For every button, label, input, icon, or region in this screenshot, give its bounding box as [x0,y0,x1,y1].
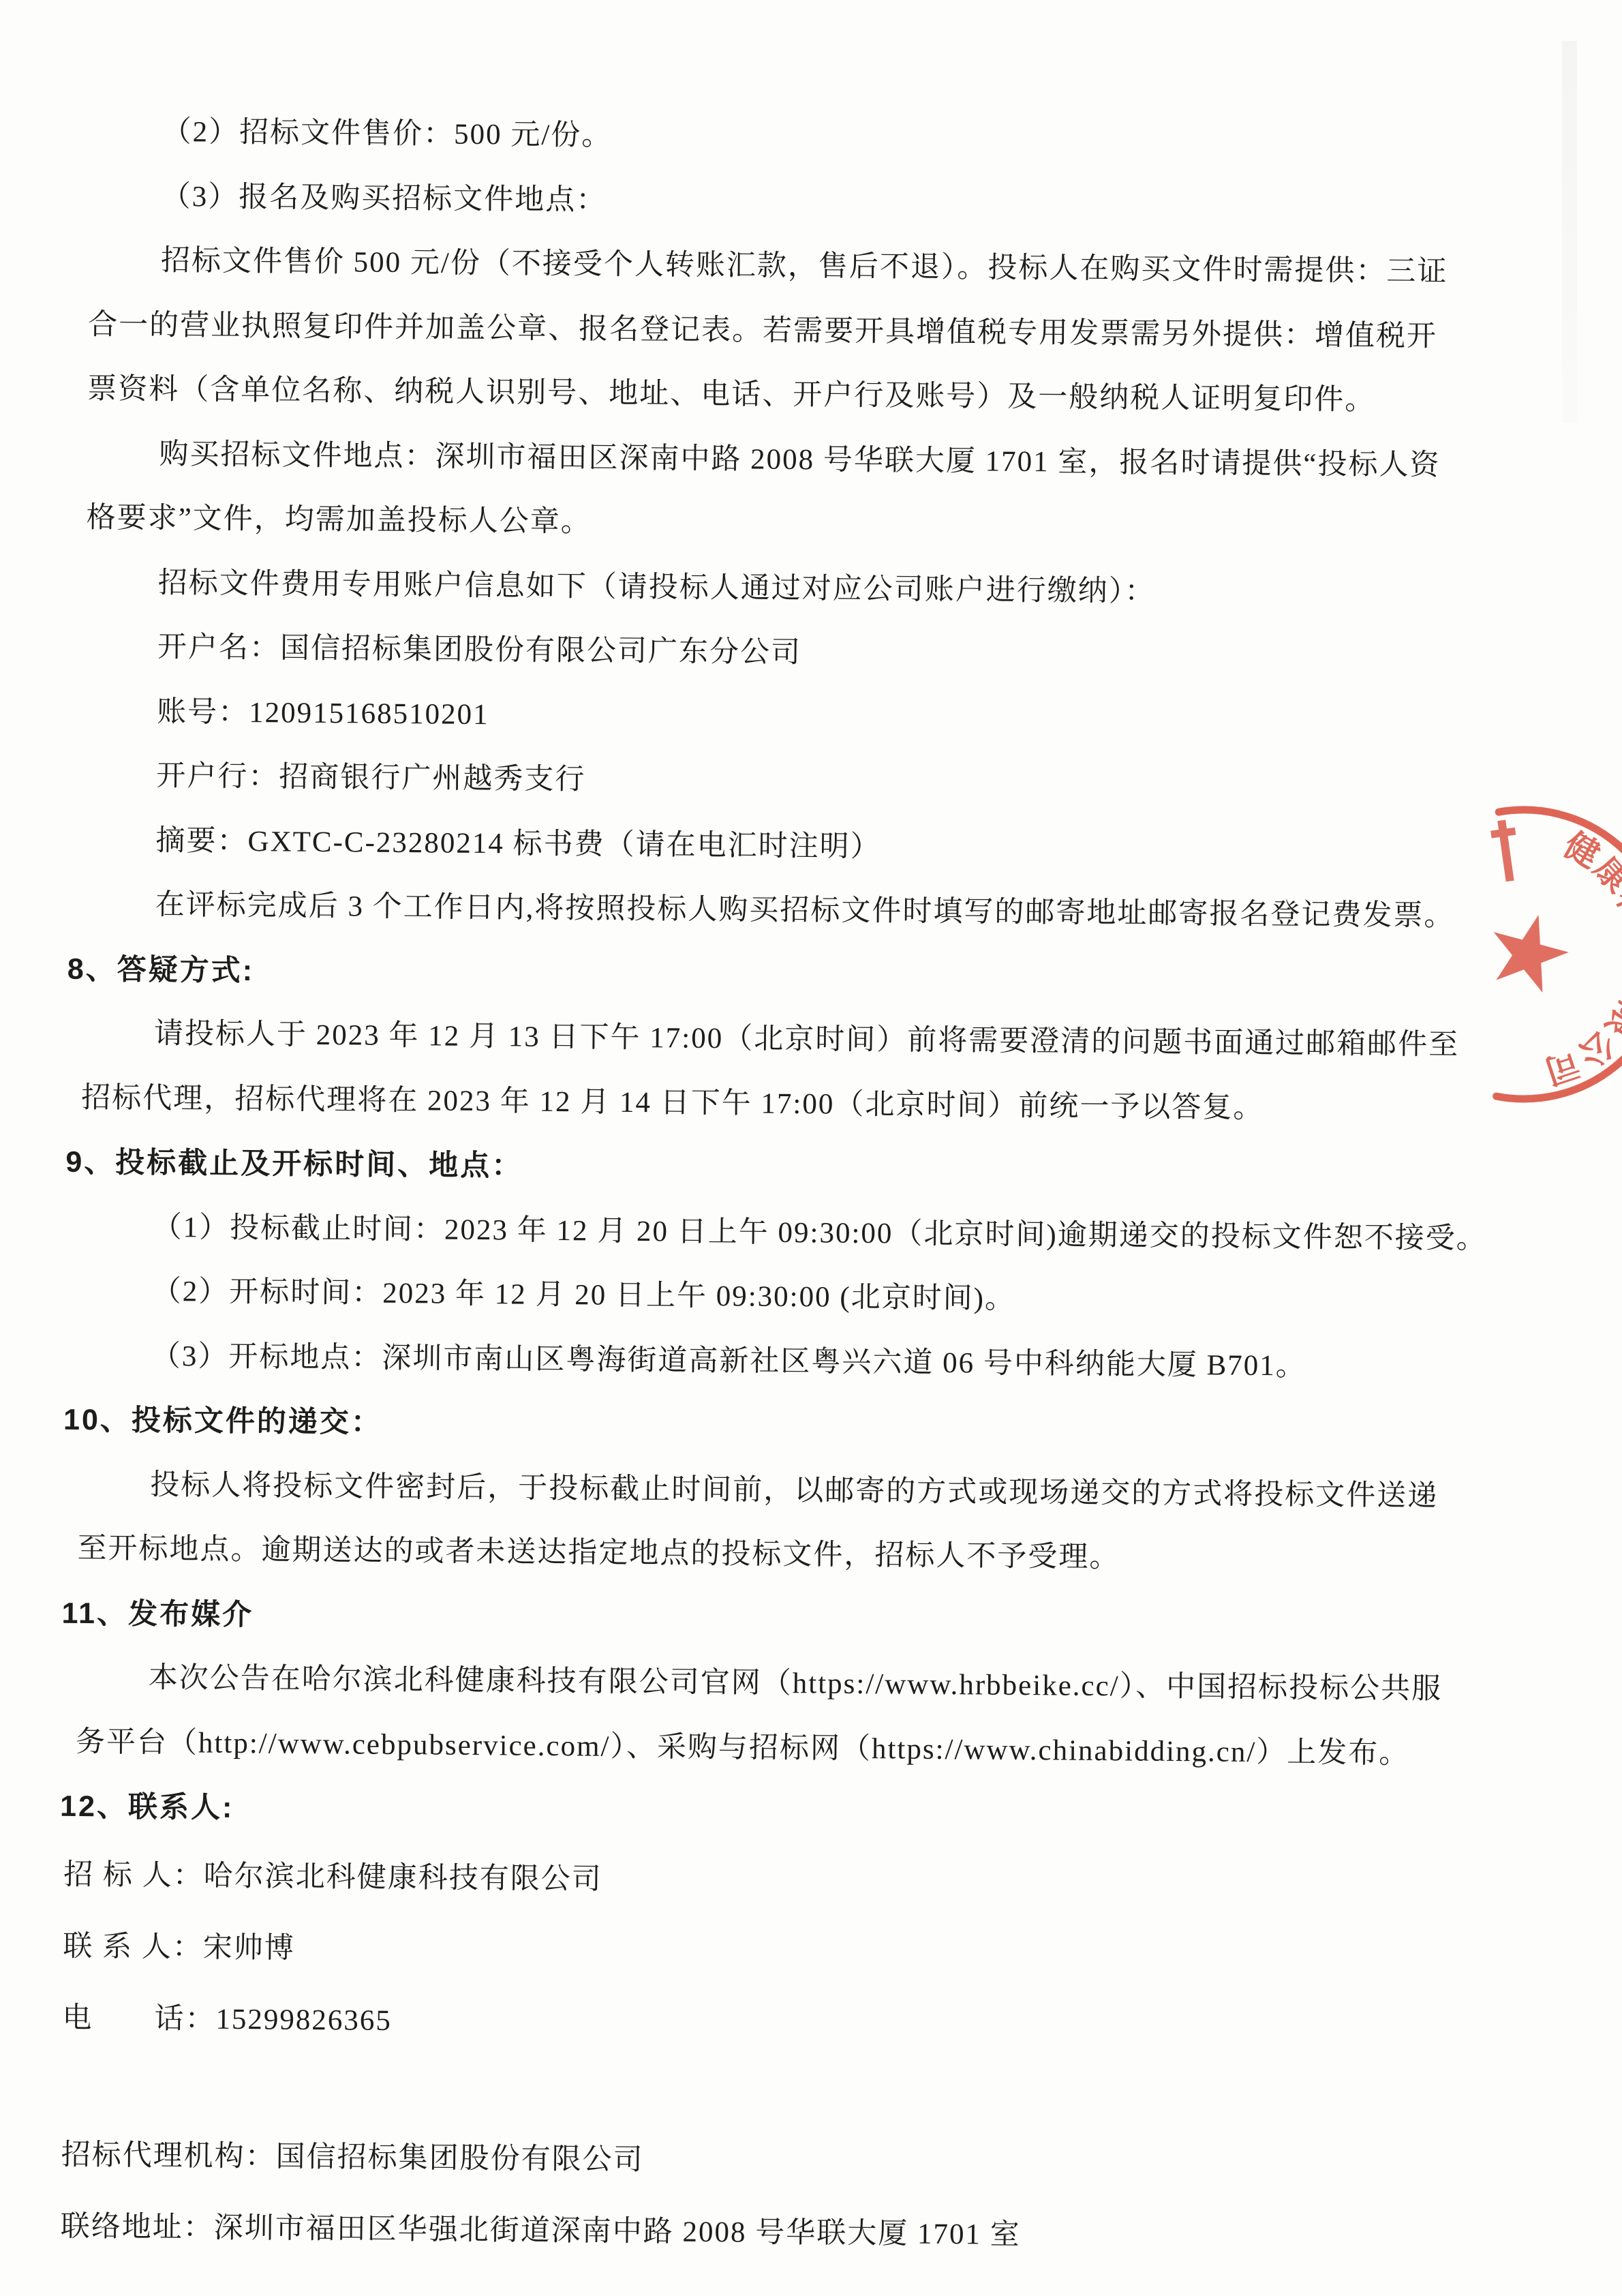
document-line: 联 系 人：宋帅博 [63,1910,1594,1995]
document-line: 本次公告在哈尔滨北科健康科技有限公司官网（https://www.hrbbeik… [76,1646,1596,1723]
document-line: 电 话：15299826365 [62,1982,1593,2067]
document-line: 务平台（http://www.cebpubservice.com/）、采购与招标… [76,1710,1596,1787]
company-seal-stamp: 健康科技有限公司 [1371,801,1622,1108]
document-line: 票资料（含单位名称、纳税人识别号、地址、电话、开户行及账号）及一般纳税人证明复印… [87,357,1608,435]
document-line: 招标代理机构：国信招标集团股份有限公司 [61,2119,1592,2204]
seal-star-icon [1494,915,1569,993]
document-line: （2）开标时间：2023 年 12 月 20 日上午 09:30:00 (北京时… [79,1259,1600,1337]
scanned-document-page: （2）招标文件售价：500 元/份。（3）报名及购买招标文件地点：招标文件售价 … [0,0,1622,2296]
document-line: 开户名：国信招标集团股份有限公司广东分公司 [85,615,1606,693]
document-line: （2）招标文件售价：500 元/份。 [89,100,1610,177]
document-line: 至开标地点。逾期送达的或者未送达指定地点的投标文件，招标人不予受理。 [77,1517,1597,1595]
document-line: 格要求”文件，均需加盖投标人公章。 [86,486,1606,564]
document-line: 招 标 人：哈尔滨北科健康科技有限公司 [63,1839,1595,1924]
document-line: 招标文件售价 500 元/份（不接受个人转账汇款，售后不退）。投标人在购买文件时… [89,228,1609,306]
document-line: 联络地址：深圳市福田区华强北街道深南中路 2008 号华联大厦 1701 室 [60,2190,1591,2276]
document-text: （2）招标文件售价：500 元/份。（3）报名及购买招标文件地点：招标文件售价 … [71,100,1610,2276]
